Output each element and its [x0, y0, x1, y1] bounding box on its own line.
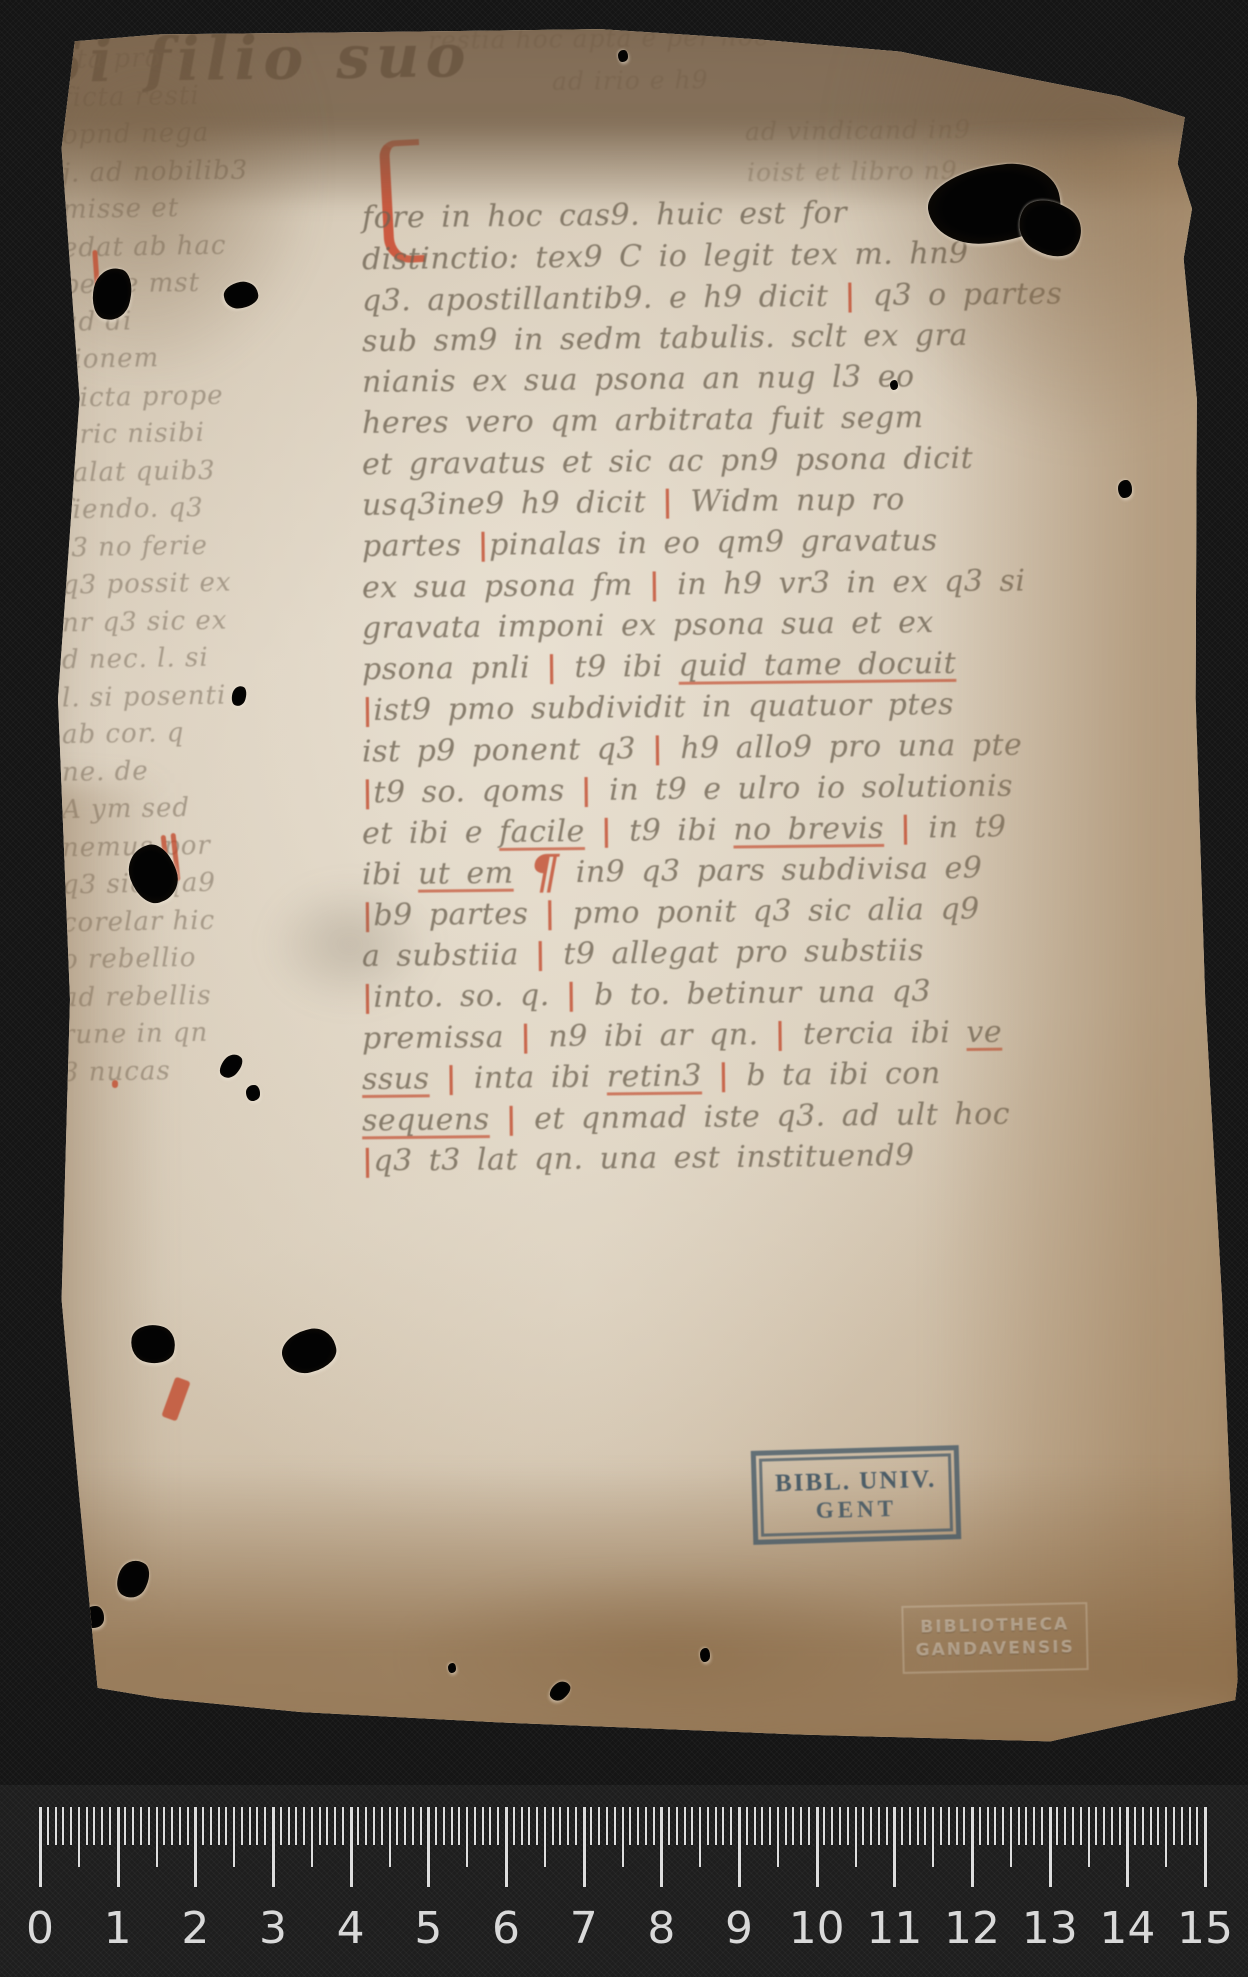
main-script-line: psona pnli | t9 ibi quid tame docuit	[362, 646, 957, 687]
ruler-tick	[653, 1807, 655, 1845]
ruler-tick	[241, 1807, 243, 1845]
ruler-tick	[536, 1807, 538, 1845]
ruler-tick	[521, 1807, 523, 1845]
parchment-page: Si filio suo BIBL. UNIV. GENT BIBLIOTHEC…	[40, 24, 1240, 1750]
red-rubric-mark: |	[662, 484, 691, 519]
red-underlined-text: ve	[966, 1015, 1002, 1050]
ink-text	[489, 1102, 505, 1137]
ink-text: premissa	[362, 1020, 520, 1057]
parchment-hole	[448, 1663, 456, 1673]
parchment-hole	[546, 1678, 573, 1704]
ruler-tick	[101, 1807, 103, 1845]
ink-text: t9 allegat pro substiis	[563, 933, 924, 972]
ruler-tick	[823, 1807, 825, 1845]
ruler-tick	[924, 1807, 926, 1845]
ruler-tick	[420, 1807, 422, 1845]
ruler-number: 3	[259, 1903, 287, 1954]
ruler-tick	[1018, 1807, 1020, 1845]
margin-script-line: sta pro	[62, 43, 162, 75]
ruler-tick	[225, 1807, 227, 1845]
ruler-tick	[70, 1807, 72, 1845]
ink-text: gravata imponi ex psona sua et ex	[362, 605, 934, 646]
ruler-tick	[148, 1807, 150, 1845]
parchment-hole	[700, 1648, 710, 1662]
ruler-tick	[39, 1807, 42, 1887]
faded-script-line: ioist et libro n9	[747, 156, 958, 187]
red-rubric-mark: |	[546, 650, 575, 685]
ruler-tick	[1056, 1807, 1058, 1845]
ruler-tick	[1126, 1807, 1129, 1887]
margin-script-line: q3 possit ex	[62, 568, 232, 601]
ruler-tick	[691, 1807, 693, 1845]
ink-text: in9 q3 pars subdivisa e9	[560, 851, 983, 890]
faded-script-line: ad vindicand in9	[745, 115, 971, 146]
main-script-line: et ibi e facile | t9 ibi no brevis | in …	[362, 810, 1007, 852]
ruler-tick	[963, 1807, 965, 1845]
ruler-tick	[311, 1807, 313, 1867]
ruler-tick	[676, 1807, 678, 1845]
parchment-hole	[618, 50, 628, 62]
red-rubric-mark: |	[535, 937, 564, 972]
ink-text: t9 ibi	[574, 649, 678, 685]
parchment-hole	[246, 1085, 260, 1101]
ruler-tick	[839, 1807, 841, 1845]
ruler-tick	[373, 1807, 375, 1845]
ink-text: ex sua psona fm	[362, 567, 649, 605]
ink-text	[513, 855, 529, 890]
ruler-tick	[870, 1807, 872, 1845]
margin-script-line: ab cor. q	[62, 718, 185, 750]
ruler-tick	[901, 1807, 903, 1845]
main-script-line: sub sm9 in sedm tabulis. sclt ex gra	[362, 318, 968, 359]
ruler-tick	[404, 1807, 406, 1845]
ink-text: sub sm9 in sedm tabulis. sclt ex gra	[362, 318, 968, 359]
ink-text: heres vero qm arbitrata fuit segm	[362, 400, 924, 441]
ink-text: ibi	[362, 857, 418, 893]
parchment-hole	[230, 685, 249, 708]
margin-script-line: ad rebellis	[62, 980, 212, 1013]
margin-script-line: l. si posenti	[62, 680, 227, 713]
ruler-number: 1	[104, 1903, 132, 1954]
parchment-hole	[890, 380, 898, 390]
ruler-tick	[466, 1807, 468, 1867]
ruler-number: 5	[414, 1903, 442, 1954]
ruler-tick	[156, 1807, 158, 1867]
main-script-line: ex sua psona fm | in h9 vr3 in ex q3 si	[362, 564, 1026, 606]
ruler-tick	[78, 1807, 80, 1867]
ruler-tick	[878, 1807, 880, 1845]
red-rubric-mark: |	[520, 1019, 549, 1054]
main-script-line: premissa | n9 ibi ar qn. | tercia ibi ve	[362, 1015, 1002, 1057]
stamp-line-1: BIBL. UNIV.	[775, 1465, 937, 1497]
ink-text: ist9 pmo subdividit in quatuor ptes	[373, 687, 954, 728]
ruler-tick	[1204, 1807, 1207, 1887]
ink-text: q3 o partes	[873, 276, 1063, 313]
red-ink-mark	[161, 1377, 190, 1422]
ink-text	[429, 1061, 445, 1096]
faded-script-line: ad irio e h9	[552, 65, 709, 96]
ink-text: inta ibi	[474, 1059, 607, 1095]
main-script-line: distinctio: tex9 C io legit tex m. hn9	[362, 236, 969, 277]
ruler-tick	[855, 1807, 857, 1867]
ruler-tick	[1111, 1807, 1113, 1845]
ruler-tick	[1010, 1807, 1012, 1867]
parchment-hole	[111, 1555, 154, 1602]
ruler-tick	[816, 1807, 819, 1887]
margin-script-line: misse et	[62, 193, 180, 225]
main-script-line: |q3 t3 lat qn. una est instituend9	[362, 1138, 915, 1179]
ruler-tick	[342, 1807, 344, 1845]
ruler-tick	[124, 1807, 126, 1845]
ruler-tick	[62, 1807, 64, 1845]
ruler-number: 11	[866, 1903, 922, 1954]
ruler-tick	[730, 1807, 732, 1845]
ruler-tick	[940, 1807, 942, 1845]
margin-script-line: opnd nega	[62, 118, 210, 151]
margin-script-line: ficta resti	[62, 80, 200, 112]
ruler-tick	[319, 1807, 321, 1845]
ruler-tick	[132, 1807, 134, 1845]
ink-text: t9 so. qoms	[373, 773, 581, 810]
ruler-number: 7	[570, 1903, 598, 1954]
ink-text: a substiia	[362, 937, 535, 974]
ruler-tick	[1033, 1807, 1035, 1845]
ink-text: Widm nup ro	[690, 482, 905, 519]
ruler-tick	[458, 1807, 460, 1845]
ruler-tick	[187, 1807, 189, 1845]
blind-stamp-line-1: BIBLIOTHECA	[920, 1614, 1069, 1640]
ruler-tick	[590, 1807, 592, 1845]
ink-text: q3 t3 lat qn. una est instituend9	[373, 1138, 915, 1179]
margin-script-line: corelar hic	[62, 905, 216, 938]
ruler-tick	[1150, 1807, 1152, 1845]
main-script-line: partes |pinalas in eo qm9 gravatus	[362, 523, 938, 564]
ruler-tick	[171, 1807, 173, 1845]
ink-text	[702, 1058, 718, 1093]
red-rubric-mark: |	[362, 980, 374, 1015]
library-ink-stamp: BIBL. UNIV. GENT	[751, 1445, 962, 1545]
red-underlined-text: ut em	[418, 856, 514, 892]
ruler-tick	[1189, 1807, 1191, 1845]
ruler-tick	[1103, 1807, 1105, 1845]
ruler-tick	[761, 1807, 763, 1845]
ruler-tick	[800, 1807, 802, 1845]
margin-script-line: edat ab hac	[62, 230, 227, 263]
red-rubric-mark: |	[362, 775, 374, 810]
ink-text: in h9 vr3 in ex q3 si	[677, 564, 1026, 603]
red-rubric-mark: |	[566, 978, 595, 1013]
ruler-tick	[233, 1807, 235, 1867]
ruler-tick	[1025, 1807, 1027, 1845]
red-underlined-text: quid tame docuit	[678, 646, 956, 684]
red-rubric-mark: ¶	[529, 844, 560, 899]
margin-script-line: ne. de	[62, 756, 149, 788]
red-underlined-text: retin3	[607, 1058, 703, 1094]
ruler-number: 4	[337, 1903, 365, 1954]
ruler-number: 8	[647, 1903, 675, 1954]
ruler-tick	[389, 1807, 391, 1867]
red-rubric-mark: |	[601, 814, 630, 849]
margin-script-line: A ym sed	[62, 793, 191, 825]
ruler-tick	[451, 1807, 453, 1845]
ruler-tick	[777, 1807, 779, 1867]
ruler-tick	[792, 1807, 794, 1845]
red-rubric-mark: |	[652, 731, 681, 766]
main-script-line: |ist9 pmo subdividit in quatuor ptes	[362, 687, 954, 728]
ruler-tick	[117, 1807, 120, 1887]
ruler-tick	[350, 1807, 353, 1887]
ruler-tick	[715, 1807, 717, 1845]
margin-script-line: tionem	[62, 343, 160, 375]
ruler-tick	[1064, 1807, 1066, 1845]
ink-text: pmo ponit q3 sic alia q9	[573, 892, 980, 931]
main-script-line: a substiia | t9 allegat pro substiis	[362, 933, 924, 974]
ruler-tick	[505, 1807, 508, 1887]
stamp-line-2: GENT	[815, 1495, 897, 1523]
ink-text: q3. apostillantib9. e h9 dicit	[362, 279, 845, 319]
main-script-line: usq3ine9 h9 dicit | Widm nup ro	[362, 482, 905, 523]
main-script-line: |into. so. q. | b to. betinur una q3	[362, 974, 931, 1015]
parchment-hole	[128, 1321, 178, 1366]
ink-text: pinalas in eo qm9 gravatus	[489, 523, 938, 563]
ruler-tick	[637, 1807, 639, 1845]
main-script-line: et gravatus et sic ac pn9 psona dicit	[362, 441, 973, 482]
ruler-tick	[1002, 1807, 1004, 1845]
ruler-tick	[575, 1807, 577, 1845]
ruler-tick	[202, 1807, 204, 1845]
ruler-tick	[357, 1807, 359, 1845]
ruler-tick	[684, 1807, 686, 1845]
ruler-tick	[334, 1807, 336, 1845]
red-rubric-mark: |	[900, 810, 929, 845]
faded-script-line: restia hoc apta e per hoc	[428, 22, 769, 55]
ruler-tick	[1173, 1807, 1175, 1845]
ruler-tick	[645, 1807, 647, 1845]
margin-script-line: d nec. l. si	[62, 643, 209, 676]
red-rubric-mark: |	[506, 1102, 535, 1137]
ruler-tick	[808, 1807, 810, 1845]
ruler-tick	[862, 1807, 864, 1845]
ruler-number: 14	[1099, 1903, 1155, 1954]
red-rubric-mark: |	[544, 896, 573, 931]
ink-text: fore in hoc cas9. huic est for	[362, 195, 847, 235]
ruler-tick	[1049, 1807, 1052, 1887]
ruler-tick	[326, 1807, 328, 1845]
ruler-tick	[707, 1807, 709, 1845]
ruler-tick	[55, 1807, 57, 1845]
ruler-tick	[668, 1807, 670, 1845]
library-ink-stamp-border: BIBL. UNIV. GENT	[759, 1453, 953, 1536]
ruler-tick	[893, 1807, 896, 1887]
red-underlined-text: sequens	[362, 1102, 490, 1138]
blind-stamp-line-2: GANDAVENSIS	[915, 1636, 1075, 1662]
ruler-tick	[474, 1807, 476, 1845]
manuscript-scan: { "photo": { "background_color": "#15151…	[0, 0, 1248, 1977]
ink-text: b ta ibi con	[746, 1056, 941, 1093]
ink-text: et ibi e	[362, 815, 499, 851]
red-rubric-mark: |	[718, 1058, 747, 1093]
main-script-line: fore in hoc cas9. huic est for	[362, 195, 847, 235]
ruler-tick	[598, 1807, 600, 1845]
parchment-hole	[222, 279, 260, 311]
ruler-tick	[583, 1807, 586, 1887]
ruler-tick	[396, 1807, 398, 1845]
red-rubric-mark: |	[362, 1144, 374, 1179]
ruler-tick	[660, 1807, 663, 1887]
ruler-tick	[769, 1807, 771, 1845]
margin-script-line: i3 no ferie	[62, 530, 208, 563]
ink-text: b to. betinur una q3	[594, 974, 931, 1013]
red-rubric-mark: |	[362, 898, 374, 933]
main-script-line: ibi ut em ¶ in9 q3 pars subdivisa e9	[362, 851, 983, 892]
ruler-tick	[1181, 1807, 1183, 1845]
main-script-line: gravata imponi ex psona sua et ex	[362, 605, 934, 646]
main-script-line: heres vero qm arbitrata fuit segm	[362, 400, 924, 441]
ruler-tick	[754, 1807, 756, 1845]
ruler-tick	[1142, 1807, 1144, 1845]
ruler-tick	[971, 1807, 974, 1887]
ruler-tick	[93, 1807, 95, 1845]
parchment-hole	[84, 1606, 104, 1628]
ruler-tick	[746, 1807, 748, 1845]
ruler-tick	[249, 1807, 251, 1845]
ruler-tick	[622, 1807, 624, 1867]
ruler-tick	[303, 1807, 305, 1845]
ruler-tick	[552, 1807, 554, 1845]
margin-script-line: j. ad nobilib3	[62, 155, 249, 188]
ink-text: h9 allo9 pro una pte	[680, 728, 1022, 767]
main-script-line: nianis ex sua psona an nug l3 eo	[362, 359, 915, 400]
red-rubric-mark: |	[649, 567, 678, 602]
ruler-tick	[365, 1807, 367, 1845]
ruler-tick	[785, 1807, 787, 1845]
ink-text: t9 ibi	[629, 812, 733, 848]
ruler-tick	[886, 1807, 888, 1845]
ruler-tick	[513, 1807, 515, 1845]
ruler-tick	[606, 1807, 608, 1845]
stain-bottom-center	[410, 1572, 930, 1737]
ruler-tick	[528, 1807, 530, 1845]
ruler-tick	[47, 1807, 49, 1845]
ruler-tick	[1134, 1807, 1136, 1845]
ruler-number: 15	[1177, 1903, 1233, 1954]
ruler-tick	[932, 1807, 934, 1867]
ink-text: into. so. q.	[373, 978, 566, 1015]
red-rubric-mark: |	[844, 278, 873, 313]
main-script-line: sequens | et qnmad iste q3. ad ult hoc	[362, 1097, 1010, 1139]
ruler-tick	[614, 1807, 616, 1845]
library-blind-stamp: BIBLIOTHECA GANDAVENSIS	[901, 1602, 1088, 1674]
ruler-number: 2	[181, 1903, 209, 1954]
main-script-line: |b9 partes | pmo ponit q3 sic alia q9	[362, 892, 980, 933]
ruler-tick	[443, 1807, 445, 1845]
margin-script-line: fiendo. q3	[62, 493, 204, 525]
ruler-tick	[987, 1807, 989, 1845]
ruler-tick	[979, 1807, 981, 1845]
red-underlined-text: no brevis	[733, 811, 884, 848]
ruler-number: 0	[26, 1903, 54, 1954]
ruler-tick	[956, 1807, 958, 1845]
ruler-tick	[847, 1807, 849, 1845]
ruler-tick	[559, 1807, 561, 1845]
ruler: 0123456789101112131415	[0, 1785, 1248, 1977]
ruler-tick	[489, 1807, 491, 1845]
red-underlined-text: ssus	[362, 1061, 430, 1097]
ruler-tick	[1165, 1807, 1167, 1867]
margin-script-line: o rebellio	[62, 943, 197, 975]
ink-text	[585, 814, 601, 849]
ink-text: distinctio: tex9 C io legit tex m. hn9	[362, 236, 969, 277]
ruler-tick	[917, 1807, 919, 1845]
ruler-tick	[435, 1807, 437, 1845]
red-rubric-mark: |	[362, 693, 374, 728]
ruler-tick	[567, 1807, 569, 1845]
ink-text: in t9 e ulro io solutionis	[609, 769, 1013, 808]
ink-text: et qnmad iste q3. ad ult hoc	[534, 1097, 1010, 1137]
ruler-tick	[272, 1807, 275, 1887]
ink-text: nianis ex sua psona an nug l3 eo	[362, 359, 915, 400]
margin-script-line: bric nisibi	[62, 418, 205, 450]
ruler-tick	[629, 1807, 631, 1845]
ruler-tick	[1088, 1807, 1090, 1867]
ruler-tick	[948, 1807, 950, 1845]
ink-text: usq3ine9 h9 dicit	[362, 485, 662, 523]
ruler-tick	[412, 1807, 414, 1845]
ink-text: b9 partes	[373, 896, 544, 933]
parchment-hole	[277, 1324, 340, 1379]
ink-text: ist p9 ponent q3	[362, 731, 652, 769]
ruler-tick	[1041, 1807, 1043, 1845]
red-rubric-mark: |	[477, 528, 489, 563]
parchment-hole	[216, 1050, 247, 1081]
ruler-tick	[1119, 1807, 1121, 1845]
ruler-tick	[1157, 1807, 1159, 1845]
ruler-tick	[218, 1807, 220, 1845]
main-script-line: ist p9 ponent q3 | h9 allo9 pro una pte	[362, 728, 1023, 770]
ruler-tick	[427, 1807, 430, 1887]
red-rubric-mark: |	[581, 773, 610, 808]
margin-script-line: rune in qn	[62, 1018, 209, 1051]
ruler-tick	[256, 1807, 258, 1845]
ruler-tick	[295, 1807, 297, 1845]
margin-script-line: dicta prope	[62, 380, 224, 413]
ruler-tick	[280, 1807, 282, 1845]
red-ink-mark	[112, 1080, 118, 1088]
ruler-tick	[699, 1807, 701, 1867]
ruler-tick	[210, 1807, 212, 1845]
ruler-tick	[1095, 1807, 1097, 1845]
ruler-number: 9	[725, 1903, 753, 1954]
ruler-tick	[831, 1807, 833, 1845]
main-script-line: q3. apostillantib9. e h9 dicit | q3 o pa…	[362, 276, 1063, 318]
ruler-tick	[1080, 1807, 1082, 1845]
ruler-tick	[1072, 1807, 1074, 1845]
main-script-line: |t9 so. qoms | in t9 e ulro io solutioni…	[362, 769, 1013, 811]
ruler-number: 12	[944, 1903, 1000, 1954]
ruler-tick	[482, 1807, 484, 1845]
ruler-tick	[909, 1807, 911, 1845]
ruler-tick	[264, 1807, 266, 1845]
ink-text: partes	[362, 528, 478, 564]
ruler-number: 10	[789, 1903, 845, 1954]
ruler-tick	[86, 1807, 88, 1845]
ruler-tick	[497, 1807, 499, 1845]
ink-text: n9 ibi ar qn.	[548, 1017, 775, 1054]
red-rubric-mark: |	[774, 1017, 803, 1052]
ruler-tick	[1196, 1807, 1198, 1845]
ruler-tick	[381, 1807, 383, 1845]
ink-text: tercia ibi	[803, 1015, 967, 1052]
